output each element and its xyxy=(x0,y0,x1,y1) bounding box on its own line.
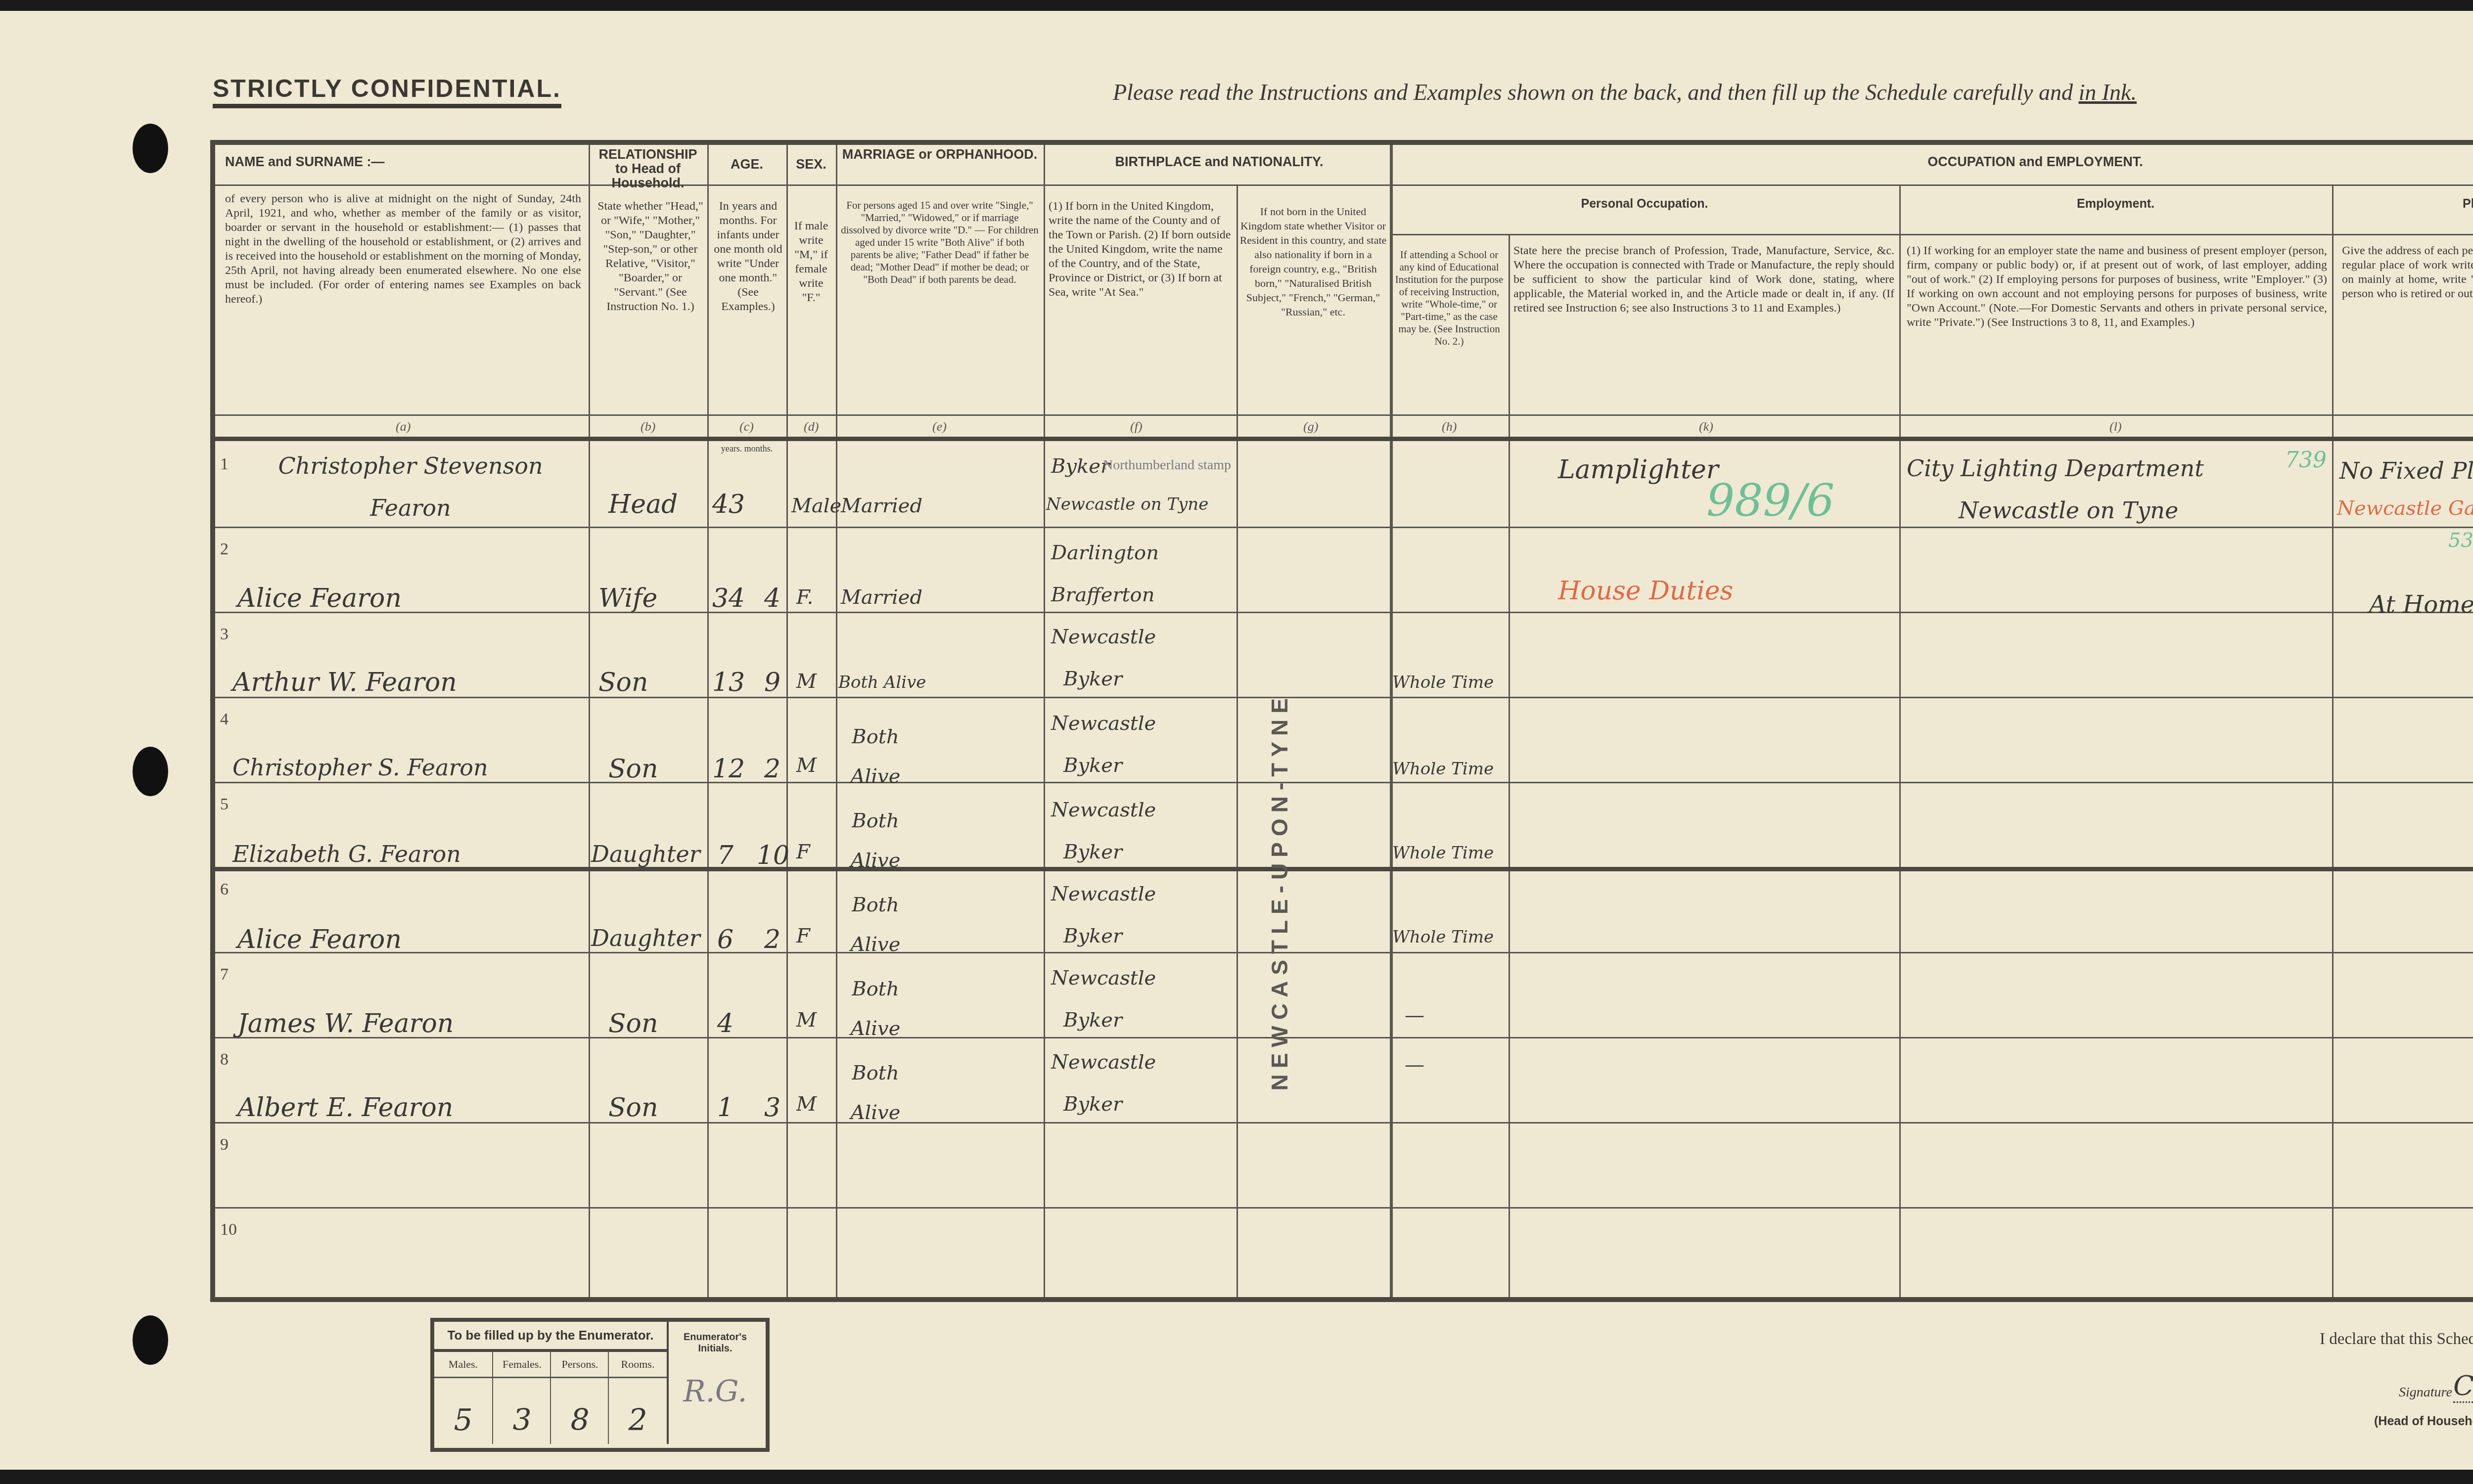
age-subheader: years. months. xyxy=(710,442,784,456)
age-years[interactable]: 13 xyxy=(712,668,745,697)
marriage[interactable]: Both Alive xyxy=(843,801,908,880)
education[interactable]: — xyxy=(1405,1004,1424,1027)
education[interactable]: Whole Time xyxy=(1392,757,1501,781)
col-d-instructions: If male write "M," if female write "F." xyxy=(789,219,833,305)
age-years[interactable]: 43 xyxy=(712,490,745,519)
personal-occupation-title: Personal Occupation. xyxy=(1392,197,1897,211)
col-letter-b: (b) xyxy=(641,419,655,434)
occupation[interactable]: House Duties xyxy=(1558,576,1733,606)
sex[interactable]: M xyxy=(796,1093,817,1116)
sex[interactable]: F xyxy=(796,841,810,863)
sex[interactable]: F xyxy=(796,925,810,947)
place-of-work-line-1[interactable]: At Home xyxy=(2369,591,2473,619)
age-months[interactable]: 4 xyxy=(764,584,780,613)
col-letter-a: (a) xyxy=(396,419,411,434)
relationship[interactable]: Son xyxy=(598,668,648,697)
col-a-title: NAME and SURNAME :— xyxy=(225,155,571,169)
birthplace-line-1[interactable]: Newcastle xyxy=(1051,626,1156,648)
age-years[interactable]: 6 xyxy=(717,925,733,954)
place-code: 5300/06 xyxy=(2448,529,2473,552)
rooms-count: Rooms.2 xyxy=(608,1352,667,1444)
employment-title: Employment. xyxy=(1902,197,2330,211)
marriage[interactable]: Both Alive xyxy=(843,717,908,796)
person-name[interactable]: Christopher S. Fearon xyxy=(232,754,488,781)
employer-line-2[interactable]: Newcastle on Tyne xyxy=(1959,497,2178,524)
age-months[interactable]: 10 xyxy=(757,841,789,870)
county-stamp: Northumberland stamp xyxy=(1103,457,1231,473)
col-k-instructions: State here the precise branch of Profess… xyxy=(1513,244,1894,315)
sex[interactable]: M xyxy=(796,754,817,777)
birthplace-line-1[interactable]: Newcastle xyxy=(1051,1051,1156,1074)
row-number: 6 xyxy=(220,880,229,899)
employer-line-1[interactable]: City Lighting Department xyxy=(1907,455,2204,482)
col-g-instructions: If not born in the United Kingdom state … xyxy=(1239,204,1387,319)
birthplace-line-2[interactable]: Byker xyxy=(1063,1093,1122,1116)
col-letter-e: (e) xyxy=(932,419,947,434)
col-letter-k: (k) xyxy=(1699,419,1713,434)
age-years[interactable]: 1 xyxy=(717,1093,733,1123)
relationship[interactable]: Wife xyxy=(598,584,657,613)
col-b-title: RELATIONSHIP to Head of Household. xyxy=(591,147,705,190)
birthplace-line-2[interactable]: Newcastle on Tyne xyxy=(1046,495,1208,514)
birthplace-line-1[interactable]: Newcastle xyxy=(1051,712,1156,735)
district-stamp: NEWCASTLE-UPON-TYNE xyxy=(1266,692,1293,1091)
birthplace-line-2[interactable]: Byker xyxy=(1063,668,1122,690)
marriage[interactable]: Married xyxy=(841,495,922,517)
person-name[interactable]: Christopher Stevenson Fearon xyxy=(242,445,579,529)
occupation-title: OCCUPATION and EMPLOYMENT. xyxy=(1392,155,2473,169)
col-f-instructions: (1) If born in the United Kingdom, write… xyxy=(1049,199,1234,300)
signature-label: Signature xyxy=(2399,1385,2452,1400)
birthplace-line-2[interactable]: Byker xyxy=(1063,754,1122,777)
col-letter-h: (h) xyxy=(1442,419,1457,434)
row-number: 5 xyxy=(220,795,229,814)
birthplace-line-1[interactable]: Newcastle xyxy=(1051,799,1156,821)
marriage[interactable]: Both Alive xyxy=(838,673,926,692)
enumerator-initials: Enumerator's Initials.R.G. xyxy=(667,1322,762,1444)
col-d-title: SEX. xyxy=(789,157,833,172)
col-letter-d: (d) xyxy=(804,419,819,434)
relationship[interactable]: Son xyxy=(608,754,658,784)
occupation[interactable]: Lamplighter xyxy=(1558,455,1719,485)
birthplace-line-2[interactable]: Brafferton xyxy=(1051,584,1154,606)
col-e-instructions: For persons aged 15 and over write "Sing… xyxy=(841,199,1039,286)
sex[interactable]: F. xyxy=(796,586,813,609)
col-letter-f: (f) xyxy=(1130,419,1143,434)
col-e-title: MARRIAGE or ORPHANHOOD. xyxy=(838,147,1041,162)
employment-code: 739 xyxy=(2285,448,2327,473)
age-years[interactable]: 34 xyxy=(712,584,745,613)
confidential-title: STRICTLY CONFIDENTIAL. xyxy=(213,74,561,108)
education[interactable]: — xyxy=(1405,1053,1424,1076)
sex[interactable]: M xyxy=(796,1009,817,1032)
place-of-work-title: Place of Work. xyxy=(2335,197,2473,211)
birthplace-line-1[interactable]: Darlington xyxy=(1051,541,1159,564)
relationship[interactable]: Son xyxy=(608,1009,658,1038)
row-number: 9 xyxy=(220,1135,229,1154)
marriage[interactable]: Both Alive xyxy=(843,1053,908,1132)
education[interactable]: Whole Time xyxy=(1392,925,1501,949)
sex[interactable]: M xyxy=(796,670,817,693)
signature-field[interactable]: Christopher Stevenson Fearon. xyxy=(2453,1370,2473,1403)
punch-hole xyxy=(133,1315,168,1365)
row-number: 4 xyxy=(220,710,229,729)
row-number: 1 xyxy=(220,455,229,474)
person-name[interactable]: Elizabeth G. Fearon xyxy=(232,841,461,867)
person-name[interactable]: Alice Fearon xyxy=(237,584,402,613)
col-b-instructions: State whether "Head," or "Wife," "Mother… xyxy=(596,199,705,314)
person-name[interactable]: Albert E. Fearon xyxy=(237,1093,453,1123)
person-name[interactable]: James W. Fearon xyxy=(237,1009,454,1038)
persons-count: Persons.8 xyxy=(550,1352,609,1444)
relationship[interactable]: Daughter xyxy=(591,925,700,951)
age-years[interactable]: 7 xyxy=(717,841,733,870)
birthplace-line-1[interactable]: Newcastle xyxy=(1051,967,1156,989)
occupation-code: 989/6 xyxy=(1706,475,1834,527)
relationship[interactable]: Head xyxy=(608,490,678,519)
col-l-instructions: (1) If working for an employer state the… xyxy=(1907,244,2327,330)
age-years[interactable]: 4 xyxy=(717,1009,733,1038)
instructions-banner: Please read the Instructions and Example… xyxy=(1113,79,2137,105)
relationship[interactable]: Daughter xyxy=(591,841,700,867)
enumerator-counts-title: To be filled up by the Enumerator. xyxy=(434,1322,667,1352)
col-c-instructions: In years and months. For infants under o… xyxy=(712,199,784,314)
col-h-instructions: If attending a School or any kind of Edu… xyxy=(1392,249,1506,348)
birthplace-line-2[interactable]: Byker xyxy=(1063,841,1122,863)
birthplace-line-2[interactable]: Byker xyxy=(1063,925,1122,947)
row-number: 8 xyxy=(220,1050,229,1069)
birthplace-title: BIRTHPLACE and NATIONALITY. xyxy=(1046,155,1392,169)
age-months[interactable]: 2 xyxy=(764,754,780,784)
education[interactable]: Whole Time xyxy=(1392,673,1494,692)
birthplace-line-1[interactable]: Byker xyxy=(1051,455,1110,478)
age-years[interactable]: 12 xyxy=(712,754,745,784)
age-months[interactable]: 9 xyxy=(764,668,780,697)
age-months[interactable]: 2 xyxy=(764,925,780,954)
marriage[interactable]: Married xyxy=(841,586,922,609)
row-number: 3 xyxy=(220,625,229,644)
col-m-instructions: Give the address of each person's place … xyxy=(2342,244,2473,301)
sex[interactable]: Male xyxy=(791,495,841,517)
birthplace-line-2[interactable]: Byker xyxy=(1063,1009,1122,1032)
marriage[interactable]: Both Alive xyxy=(843,969,908,1048)
person-name[interactable]: Alice Fearon xyxy=(237,925,402,954)
females-count: Females.3 xyxy=(492,1352,551,1444)
col-letter-l: (l) xyxy=(2109,419,2122,434)
enumerator-counts-box: To be filled up by the Enumerator. Males… xyxy=(430,1318,770,1452)
col-c-title: AGE. xyxy=(710,157,784,172)
row-number: 7 xyxy=(220,965,229,984)
birthplace-line-1[interactable]: Newcastle xyxy=(1051,883,1156,905)
row-number: 10 xyxy=(220,1220,237,1239)
punch-hole xyxy=(133,124,168,173)
education[interactable]: Whole Time xyxy=(1392,841,1501,865)
signature-note: (Head of Household, Manager of Establish… xyxy=(2374,1414,2473,1429)
col-letter-c: (c) xyxy=(739,419,754,434)
col-letter-g: (g) xyxy=(1303,419,1318,434)
age-months[interactable]: 3 xyxy=(764,1093,780,1123)
person-name[interactable]: Arthur W. Fearon xyxy=(232,668,457,697)
males-count: Males.5 xyxy=(434,1352,492,1444)
place-of-work-line-2: Newcastle Gas Company xyxy=(2337,497,2473,520)
place-of-work-line-1[interactable]: No Fixed Place xyxy=(2339,457,2473,484)
relationship[interactable]: Son xyxy=(608,1093,658,1123)
declaration-text: I declare that this Schedule is correctl… xyxy=(2320,1330,2473,1349)
row-number: 2 xyxy=(220,540,229,559)
punch-hole xyxy=(133,747,168,796)
col-a-instructions: of every person who is alive at midnight… xyxy=(225,192,581,307)
household-schedule-table: NAME and SURNAME :— of every person who … xyxy=(210,140,2473,1302)
marriage[interactable]: Both Alive xyxy=(843,885,908,964)
